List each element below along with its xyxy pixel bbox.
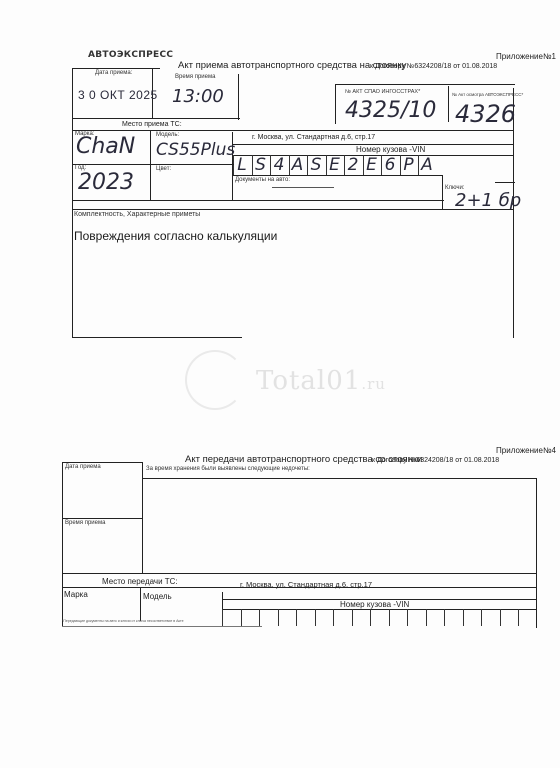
time-label: Время приема <box>175 74 215 80</box>
vin-cell-empty <box>352 609 369 626</box>
defects-label: За время хранения были выявлены следующи… <box>146 466 310 472</box>
vin-cell-empty <box>333 609 350 626</box>
form-title-2: Акт передачи автотранспортного средства … <box>185 454 422 465</box>
autoexpress-logo: АВТОЭКСПРЕСС <box>88 50 173 60</box>
make-value: ChaN <box>76 134 135 159</box>
keys-value: 2+1 бр <box>455 190 521 211</box>
vin-char: E <box>326 155 343 175</box>
annex-number-2: Приложение№4 <box>496 446 556 455</box>
year-value: 2023 <box>78 170 134 195</box>
vin-label-2: Номер кузова -VIN <box>340 600 409 609</box>
vin-cell-empty <box>426 609 443 626</box>
vin-cell-empty <box>444 609 461 626</box>
vin-cell-empty <box>315 609 332 626</box>
features-value: Повреждения согласно калькуляции <box>74 229 277 243</box>
vin-cell-empty <box>296 609 313 626</box>
place-label: Место приема ТС: <box>122 121 182 128</box>
vin-cell-empty <box>481 609 498 626</box>
vin-char: P <box>400 155 417 175</box>
vin-cell-empty <box>389 609 406 626</box>
vin-cell-empty <box>222 609 239 626</box>
make-label-2: Марка <box>64 590 88 599</box>
vin-cell-empty <box>259 609 276 626</box>
footnote: *Передающие документы на авто и ключи от… <box>62 619 184 623</box>
form-title: Акт приема автотранспортного средства на… <box>178 60 406 71</box>
vin-char: A <box>418 155 435 175</box>
annex-number: Приложение№1 <box>496 52 556 61</box>
watermark-text: Total01.ru <box>256 366 386 396</box>
model-label: Модель: <box>156 132 179 138</box>
documents-dash <box>272 187 334 188</box>
vin-cell-empty <box>463 609 480 626</box>
time-label-2: Время приема <box>65 520 105 526</box>
vin-char: 2 <box>344 155 361 175</box>
features-label: Комплектность, Характерные приметы <box>74 211 200 218</box>
vin-char: L <box>233 155 250 175</box>
act-autoexpress-label: № Акт осмотра АВТОЭКСПРЕСС* <box>452 92 523 97</box>
vin-cell-empty <box>407 609 424 626</box>
vin-label: Номер кузова -VIN <box>356 145 425 154</box>
color-label: Цвет: <box>156 166 171 172</box>
vin-cell-empty <box>518 609 535 626</box>
vin-char: 6 <box>381 155 398 175</box>
vin-char: 4 <box>270 155 287 175</box>
vin-cell-empty <box>241 609 258 626</box>
place-address: г. Москва, ул. Стандартная д.6, стр.17 <box>252 134 375 141</box>
model-label-2: Модель <box>143 592 172 601</box>
date-label: Дата приема: <box>95 70 132 76</box>
date-label-2: Дата приема <box>65 464 101 470</box>
vin-cell-empty <box>370 609 387 626</box>
act-spao-value: 4325/10 <box>345 98 436 123</box>
vin-char: S <box>252 155 269 175</box>
documents-label: Документы на авто: <box>235 177 290 183</box>
date-value: 3 0 ОКТ 2025 <box>78 88 158 102</box>
time-value: 13:00 <box>172 86 224 107</box>
act-autoexpress-value: 4326 <box>455 100 516 128</box>
vin-cell-empty <box>500 609 517 626</box>
vin-char: E <box>363 155 380 175</box>
vin-cell-empty <box>278 609 295 626</box>
watermark-car-icon <box>185 350 245 410</box>
place-label-2: Место передачи ТС: <box>102 577 178 586</box>
vin-char: S <box>307 155 324 175</box>
model-value: CS55Plus <box>156 140 235 160</box>
act-spao-label: № АКТ СПАО ИНГОССТРАХ* <box>345 89 420 95</box>
vin-char: A <box>289 155 306 175</box>
